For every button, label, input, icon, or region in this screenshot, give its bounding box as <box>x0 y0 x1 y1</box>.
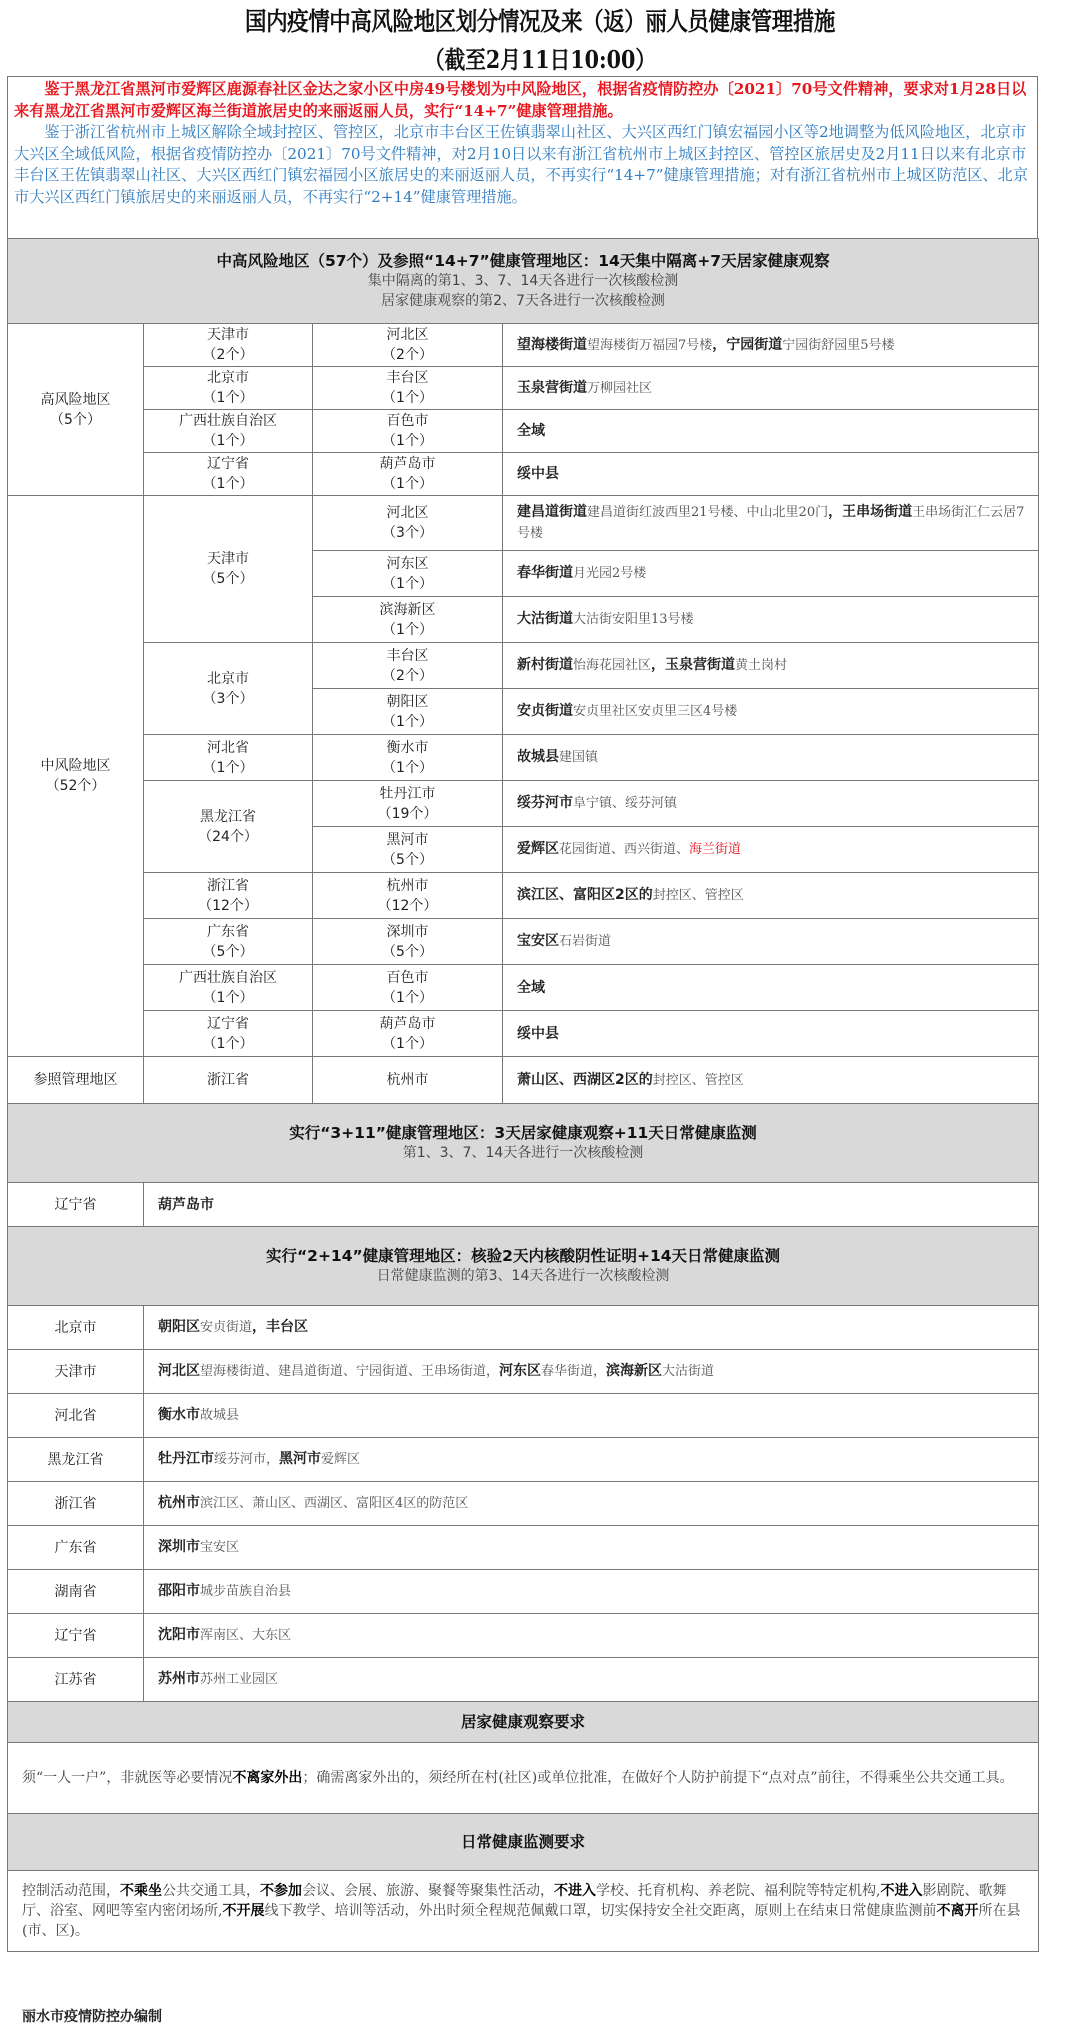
medium-risk-name: 中风险地区 <box>8 756 143 776</box>
table-cell: 邵阳市城步苗族自治县 <box>144 1570 1039 1614</box>
area-name: 春华街道 <box>517 565 573 581</box>
table-cell: 衡水市故城县 <box>144 1394 1039 1438</box>
province-count: （1个） <box>144 431 312 451</box>
area-name: 爱辉区 <box>517 841 559 857</box>
area-name: 萧山区、西湖区2区的 <box>517 1072 653 1088</box>
notice-paragraph-blue: 鉴于浙江省杭州市上城区解除全域封控区、管控区，北京市丰台区王佐镇翡翠山社区、大兴… <box>14 122 1031 208</box>
area-detail: 黄土岗村 <box>735 658 787 673</box>
area-detail: 建国镇 <box>559 750 598 765</box>
city-count: （12个） <box>313 896 502 916</box>
city-name: 衡水市 <box>313 738 502 758</box>
area-detail: 故城县 <box>200 1408 239 1423</box>
province-count: （1个） <box>144 1034 312 1054</box>
daily-monitoring-header: 日常健康监测要求 <box>8 1814 1039 1871</box>
city-name: 百色市 <box>313 968 502 988</box>
area-name: ，王串场街道 <box>828 504 912 520</box>
table-cell: 居家健康观察要求 <box>8 1702 1039 1743</box>
table-cell: 中高风险地区（57个）及参照“14+7”健康管理地区：14天集中隔离+7天居家健… <box>8 239 1039 324</box>
city-name: 河北区 <box>313 503 502 523</box>
area-name: 安贞街道 <box>517 703 573 719</box>
city-count: （1个） <box>313 431 502 451</box>
table-cell: 江苏省 <box>8 1658 144 1702</box>
area-detail: 城步苗族自治县 <box>200 1584 291 1599</box>
city-count: （5个） <box>313 850 502 870</box>
city-name: 葫芦岛市 <box>313 454 502 474</box>
city-name: 河北区 <box>313 325 502 345</box>
table-row: 河北省（1个）衡水市（1个）故城县建国镇 <box>8 735 1039 781</box>
province-count: （1个） <box>144 988 312 1008</box>
section-heading: 日常健康监测要求 <box>8 1832 1038 1852</box>
table-row: 天津市河北区望海楼街道、建昌道街道、宁园街道、王串场街道，河东区春华街道，滨海新… <box>8 1350 1039 1394</box>
table-cell: 辽宁省（1个） <box>144 1011 313 1057</box>
table-cell: 杭州市 <box>313 1057 503 1104</box>
area-name: 绥芬河市 <box>517 795 573 811</box>
area-name: 邵阳市 <box>158 1583 200 1599</box>
area-name: 衡水市 <box>158 1407 200 1423</box>
table-cell: 天津市（5个） <box>144 496 313 643</box>
table-cell: 宝安区石岩街道 <box>503 919 1039 965</box>
table-cell: 广东省 <box>8 1526 144 1570</box>
table-cell: 河北省（1个） <box>144 735 313 781</box>
table-cell: 河北省 <box>8 1394 144 1438</box>
area-name: 朝阳区 <box>158 1319 200 1335</box>
table-cell: 丰台区（1个） <box>313 367 503 410</box>
table-cell: 广西壮族自治区（1个） <box>144 410 313 453</box>
risk-area-table: 中高风险地区（57个）及参照“14+7”健康管理地区：14天集中隔离+7天居家健… <box>7 238 1039 1952</box>
emphasis-text: 不进入 <box>554 1883 596 1899</box>
section-heading: 实行“3+11”健康管理地区：3天居家健康观察+11天日常健康监测 <box>8 1123 1038 1143</box>
table-cell: 百色市（1个） <box>313 965 503 1011</box>
area-detail: 绥芬河市， <box>214 1452 279 1467</box>
table-row: 辽宁省葫芦岛市 <box>8 1183 1039 1227</box>
table-cell: 黑龙江省 <box>8 1438 144 1482</box>
area-detail: 阜宁镇、绥芬河镇 <box>573 796 677 811</box>
table-row: 北京市（3个）丰台区（2个）新村街道怡海花园社区，玉泉营街道黄土岗村 <box>8 643 1039 689</box>
province-name: 河北省 <box>144 738 312 758</box>
province-name: 河北省 <box>55 1408 97 1424</box>
table-row: 北京市（1个）丰台区（1个）玉泉营街道万柳园社区 <box>8 367 1039 410</box>
city-name: 杭州市 <box>313 876 502 896</box>
city-count: （1个） <box>313 474 502 494</box>
area-detail: 滨江区、萧山区、西湖区、富阳区4区的防范区 <box>200 1496 468 1511</box>
area-name: 河东区 <box>499 1363 541 1379</box>
emphasis-text: 不乘坐 <box>120 1883 162 1899</box>
area-detail: 安贞街道 <box>200 1320 252 1335</box>
table-cell: 春华街道月光园2号楼 <box>503 551 1039 597</box>
area-name: 全域 <box>517 980 545 996</box>
table-cell: 葫芦岛市（1个） <box>313 1011 503 1057</box>
area-detail: 爱辉区 <box>321 1452 360 1467</box>
area-name: 葫芦岛市 <box>158 1197 214 1213</box>
area-name: 沈阳市 <box>158 1627 200 1643</box>
section-2-14-header: 实行“2+14”健康管理地区：核验2天内核酸阴性证明+14天日常健康监测日常健康… <box>8 1227 1039 1306</box>
table-cell: 百色市（1个） <box>313 410 503 453</box>
table-row: 河北省衡水市故城县 <box>8 1394 1039 1438</box>
area-detail: 望海楼街道、建昌道街道、宁园街道、王串场街道， <box>200 1364 499 1379</box>
table-cell: 实行“2+14”健康管理地区：核验2天内核酸阴性证明+14天日常健康监测日常健康… <box>8 1227 1039 1306</box>
province-name: 广西壮族自治区 <box>144 968 312 988</box>
table-cell: 苏州市苏州工业园区 <box>144 1658 1039 1702</box>
table-row: 浙江省（12个）杭州市（12个）滨江区、富阳区2区的封控区、管控区 <box>8 873 1039 919</box>
table-cell: 沈阳市浑南区、大东区 <box>144 1614 1039 1658</box>
area-name: ，宁园街道 <box>712 337 782 353</box>
table-row: 广东省深圳市宝安区 <box>8 1526 1039 1570</box>
area-detail: 月光园2号楼 <box>573 566 646 581</box>
table-cell: 牡丹江市绥芬河市，黑河市爱辉区 <box>144 1438 1039 1482</box>
area-detail: 浑南区、大东区 <box>200 1628 291 1643</box>
table-cell: 辽宁省 <box>8 1614 144 1658</box>
table-cell: 浙江省（12个） <box>144 873 313 919</box>
province-name: 辽宁省 <box>144 1014 312 1034</box>
city-count: （1个） <box>313 1034 502 1054</box>
table-cell: 日常健康监测要求 <box>8 1814 1039 1871</box>
city-count: （1个） <box>313 758 502 778</box>
body-text: 须“一人一户”，非就医等必要情况 <box>22 1770 232 1786</box>
table-cell: 广西壮族自治区（1个） <box>144 965 313 1011</box>
area-detail: 春华街道， <box>541 1364 606 1379</box>
area-name: ，玉泉营街道 <box>651 657 735 673</box>
province-count: （3个） <box>144 689 312 709</box>
page-title: 国内疫情中高风险地区划分情况及来（返）丽人员健康管理措施 <box>76 2 1005 38</box>
body-text: 控制活动范围， <box>22 1883 120 1899</box>
emphasis-text: 不离家外出 <box>232 1770 302 1786</box>
province-name: 辽宁省 <box>55 1197 97 1213</box>
section-note: 集中隔离的第1、3、7、14天各进行一次核酸检测 <box>8 271 1038 291</box>
table-cell: 丰台区（2个） <box>313 643 503 689</box>
city-count: （3个） <box>313 523 502 543</box>
section-heading: 中高风险地区（57个）及参照“14+7”健康管理地区：14天集中隔离+7天居家健… <box>8 251 1038 271</box>
province-count: （5个） <box>144 942 312 962</box>
table-cell: 河东区（1个） <box>313 551 503 597</box>
table-row: 江苏省苏州市苏州工业园区 <box>8 1658 1039 1702</box>
area-name: 苏州市 <box>158 1671 200 1687</box>
city-name: 朝阳区 <box>313 692 502 712</box>
body-text: 公共交通工具， <box>162 1883 260 1899</box>
province-name: 湖南省 <box>55 1584 97 1600</box>
area-name: 全域 <box>517 423 545 439</box>
table-cell: 湖南省 <box>8 1570 144 1614</box>
table-cell: 爱辉区花园街道、西兴街道、海兰街道 <box>503 827 1039 873</box>
table-cell: 北京市（3个） <box>144 643 313 735</box>
table-cell: 浙江省 <box>8 1482 144 1526</box>
table-cell: 辽宁省 <box>8 1183 144 1227</box>
table-cell: 衡水市（1个） <box>313 735 503 781</box>
area-name: 河北区 <box>158 1363 200 1379</box>
notice-box: 鉴于黑龙江省黑河市爱辉区鹿源春社区金达之家小区中房49号楼划为中风险地区，根据省… <box>7 76 1038 239</box>
table-cell: 河北区（2个） <box>313 324 503 367</box>
city-count: （19个） <box>313 804 502 824</box>
city-count: （5个） <box>313 942 502 962</box>
emphasis-text: 不进入 <box>880 1883 922 1899</box>
city-count: （1个） <box>313 712 502 732</box>
area-name: 故城县 <box>517 749 559 765</box>
medium-risk-count: （52个） <box>8 776 143 796</box>
area-name: 玉泉营街道 <box>517 380 587 396</box>
city-name: 黑河市 <box>313 830 502 850</box>
province-name: 天津市 <box>144 549 312 569</box>
province-name: 北京市 <box>144 368 312 388</box>
province-name: 黑龙江省 <box>144 807 312 827</box>
area-detail: 宝安区 <box>200 1540 239 1555</box>
high-risk-name: 高风险地区 <box>8 390 143 410</box>
table-cell: 绥中县 <box>503 453 1039 496</box>
high-risk-label-cell: 高风险地区（5个） <box>8 324 144 496</box>
daily-monitoring-text: 控制活动范围，不乘坐公共交通工具，不参加会议、会展、旅游、聚餐等聚集性活动，不进… <box>8 1871 1039 1952</box>
city-name: 丰台区 <box>313 646 502 666</box>
province-count: （5个） <box>144 569 312 589</box>
table-cell: 控制活动范围，不乘坐公共交通工具，不参加会议、会展、旅游、聚餐等聚集性活动，不进… <box>8 1871 1039 1952</box>
body-text: 学校、托育机构、养老院、福利院等特定机构, <box>596 1883 880 1899</box>
table-cell: 黑河市（5个） <box>313 827 503 873</box>
province-name: 广东省 <box>144 922 312 942</box>
table-row: 辽宁省（1个）葫芦岛市（1个）绥中县 <box>8 1011 1039 1057</box>
province-count: （1个） <box>144 388 312 408</box>
table-row: 黑龙江省牡丹江市绥芬河市，黑河市爱辉区 <box>8 1438 1039 1482</box>
medium-risk-label-cell: 中风险地区（52个） <box>8 496 144 1057</box>
table-cell: 葫芦岛市（1个） <box>313 453 503 496</box>
area-detail: 建昌道街红波西里21号楼、中山北里20门 <box>587 505 828 520</box>
section-heading: 居家健康观察要求 <box>8 1712 1038 1732</box>
table-row: 广东省（5个）深圳市（5个）宝安区石岩街道 <box>8 919 1039 965</box>
table-cell: 萧山区、西湖区2区的封控区、管控区 <box>503 1057 1039 1104</box>
table-cell: 大沽街道大沽街安阳里13号楼 <box>503 597 1039 643</box>
province-name: 广西壮族自治区 <box>144 411 312 431</box>
area-detail: 安贞里社区安贞里三区4号楼 <box>573 704 737 719</box>
city-name: 河东区 <box>313 554 502 574</box>
notice-paragraph-red: 鉴于黑龙江省黑河市爱辉区鹿源春社区金达之家小区中房49号楼划为中风险地区，根据省… <box>14 79 1031 122</box>
table-cell: 浙江省 <box>144 1057 313 1104</box>
area-detail: 万柳园社区 <box>587 381 652 396</box>
table-cell: 朝阳区安贞街道，丰台区 <box>144 1306 1039 1350</box>
table-cell: 天津市（2个） <box>144 324 313 367</box>
table-cell: 须“一人一户”，非就医等必要情况不离家外出；确需离家外出的，须经所在村(社区)或… <box>8 1743 1039 1814</box>
area-name: 滨江区、富阳区2区的 <box>517 887 653 903</box>
area-detail: 苏州工业园区 <box>200 1672 278 1687</box>
table-cell: 实行“3+11”健康管理地区：3天居家健康观察+11天日常健康监测第1、3、7、… <box>8 1104 1039 1183</box>
city-name: 杭州市 <box>387 1072 429 1088</box>
province-name: 浙江省 <box>144 876 312 896</box>
city-name: 滨海新区 <box>313 600 502 620</box>
table-cell: 葫芦岛市 <box>144 1183 1039 1227</box>
table-cell: 杭州市（12个） <box>313 873 503 919</box>
province-name: 黑龙江省 <box>48 1452 104 1468</box>
table-cell: 绥中县 <box>503 1011 1039 1057</box>
home-observation-header: 居家健康观察要求 <box>8 1702 1039 1743</box>
table-cell: 朝阳区（1个） <box>313 689 503 735</box>
table-row: 广西壮族自治区（1个）百色市（1个）全域 <box>8 410 1039 453</box>
home-observation-text: 须“一人一户”，非就医等必要情况不离家外出；确需离家外出的，须经所在村(社区)或… <box>8 1743 1039 1814</box>
city-count: （1个） <box>313 388 502 408</box>
area-name: 大沽街道 <box>517 611 573 627</box>
table-cell: 广东省（5个） <box>144 919 313 965</box>
section-note: 第1、3、7、14天各进行一次核酸检测 <box>8 1143 1038 1163</box>
page-subtitle: （截至2月11日10:00） <box>76 40 1005 75</box>
table-cell: 绥芬河市阜宁镇、绥芬河镇 <box>503 781 1039 827</box>
area-detail: 大沽街安阳里13号楼 <box>573 612 694 627</box>
city-count: （1个） <box>313 620 502 640</box>
area-name: 绥中县 <box>517 1026 559 1042</box>
table-cell: 安贞街道安贞里社区安贞里三区4号楼 <box>503 689 1039 735</box>
city-name: 深圳市 <box>313 922 502 942</box>
table-cell: 新村街道怡海花园社区，玉泉营街道黄土岗村 <box>503 643 1039 689</box>
table-cell: 滨海新区（1个） <box>313 597 503 643</box>
area-name: ，丰台区 <box>252 1319 308 1335</box>
table-row: 辽宁省沈阳市浑南区、大东区 <box>8 1614 1039 1658</box>
province-name: 辽宁省 <box>55 1628 97 1644</box>
body-text: 线下教学、培训等活动，外出时须全程规范佩戴口罩，切实保持安全社交距离，原则上在结… <box>264 1903 936 1919</box>
province-count: （1个） <box>144 474 312 494</box>
province-name: 广东省 <box>55 1540 97 1556</box>
province-name: 浙江省 <box>207 1072 249 1088</box>
highlighted-area: 海兰街道 <box>689 842 741 857</box>
city-name: 丰台区 <box>313 368 502 388</box>
table-cell: 辽宁省（1个） <box>144 453 313 496</box>
area-name: 新村街道 <box>517 657 573 673</box>
table-cell: 深圳市宝安区 <box>144 1526 1039 1570</box>
province-name: 天津市 <box>144 325 312 345</box>
province-name: 天津市 <box>55 1364 97 1380</box>
body-text: ；确需离家外出的，须经所在村(社区)或单位批准，在做好个人防护前提下“点对点”前… <box>302 1770 1013 1786</box>
province-count: （1个） <box>144 758 312 778</box>
table-cell: 建昌道街道建昌道街红波西里21号楼、中山北里20门，王串场街道王串场街汇仁云居7… <box>503 496 1039 551</box>
table-cell: 天津市 <box>8 1350 144 1394</box>
table-cell: 杭州市滨江区、萧山区、西湖区、富阳区4区的防范区 <box>144 1482 1039 1526</box>
area-detail: 封控区、管控区 <box>653 1073 744 1088</box>
table-cell: 河北区（3个） <box>313 496 503 551</box>
city-name: 百色市 <box>313 411 502 431</box>
area-name: 宝安区 <box>517 933 559 949</box>
emphasis-text: 不离开 <box>936 1903 978 1919</box>
table-cell: 全域 <box>503 410 1039 453</box>
city-count: （2个） <box>313 345 502 365</box>
high-risk-count: （5个） <box>8 410 143 430</box>
table-row: 高风险地区（5个）天津市（2个）河北区（2个）望海楼街道望海楼街万福园7号楼，宁… <box>8 324 1039 367</box>
table-cell: 牡丹江市（19个） <box>313 781 503 827</box>
section-3-11-header: 实行“3+11”健康管理地区：3天居家健康观察+11天日常健康监测第1、3、7、… <box>8 1104 1039 1183</box>
area-detail: 封控区、管控区 <box>653 888 744 903</box>
table-cell: 北京市 <box>8 1306 144 1350</box>
province-count: （24个） <box>144 827 312 847</box>
table-cell: 河北区望海楼街道、建昌道街道、宁园街道、王串场街道，河东区春华街道，滨海新区大沽… <box>144 1350 1039 1394</box>
area-detail: 大沽街道 <box>662 1364 714 1379</box>
table-cell: 全域 <box>503 965 1039 1011</box>
area-name: 牡丹江市 <box>158 1451 214 1467</box>
reference-label: 参照管理地区 <box>34 1072 118 1088</box>
section-14-7-header: 中高风险地区（57个）及参照“14+7”健康管理地区：14天集中隔离+7天居家健… <box>8 239 1039 324</box>
table-row: 广西壮族自治区（1个）百色市（1个）全域 <box>8 965 1039 1011</box>
section-heading: 实行“2+14”健康管理地区：核验2天内核酸阴性证明+14天日常健康监测 <box>8 1246 1038 1266</box>
area-name: 滨海新区 <box>606 1363 662 1379</box>
province-name: 北京市 <box>144 669 312 689</box>
province-name: 辽宁省 <box>144 454 312 474</box>
area-name: 黑河市 <box>279 1451 321 1467</box>
section-note: 日常健康监测的第3、14天各进行一次核酸检测 <box>8 1266 1038 1286</box>
table-row: 辽宁省（1个）葫芦岛市（1个）绥中县 <box>8 453 1039 496</box>
table-cell: 玉泉营街道万柳园社区 <box>503 367 1039 410</box>
table-cell: 北京市（1个） <box>144 367 313 410</box>
province-count: （12个） <box>144 896 312 916</box>
footer-compiled-by: 丽水市疫情防控办编制 <box>22 2006 162 2026</box>
area-detail: 花园街道、西兴街道、 <box>559 842 689 857</box>
city-name: 葫芦岛市 <box>313 1014 502 1034</box>
city-count: （1个） <box>313 574 502 594</box>
area-name: 深圳市 <box>158 1539 200 1555</box>
city-name: 牡丹江市 <box>313 784 502 804</box>
area-detail: 望海楼街万福园7号楼 <box>587 338 712 353</box>
province-count: （2个） <box>144 345 312 365</box>
reference-row: 参照管理地区浙江省杭州市萧山区、西湖区2区的封控区、管控区 <box>8 1057 1039 1104</box>
table-row: 北京市朝阳区安贞街道，丰台区 <box>8 1306 1039 1350</box>
province-name: 江苏省 <box>55 1672 97 1688</box>
table-row: 黑龙江省（24个）牡丹江市（19个）绥芬河市阜宁镇、绥芬河镇 <box>8 781 1039 827</box>
province-name: 北京市 <box>55 1320 97 1336</box>
area-name: 望海楼街道 <box>517 337 587 353</box>
table-cell: 参照管理地区 <box>8 1057 144 1104</box>
area-name: 绥中县 <box>517 466 559 482</box>
section-note: 居家健康观察的第2、7天各进行一次核酸检测 <box>8 291 1038 311</box>
emphasis-text: 不开展 <box>222 1903 264 1919</box>
city-count: （2个） <box>313 666 502 686</box>
province-name: 浙江省 <box>55 1496 97 1512</box>
table-row: 中风险地区（52个）天津市（5个）河北区（3个）建昌道街道建昌道街红波西里21号… <box>8 496 1039 551</box>
table-cell: 黑龙江省（24个） <box>144 781 313 873</box>
body-text: 会议、会展、旅游、聚餐等聚集性活动， <box>302 1883 554 1899</box>
table-cell: 滨江区、富阳区2区的封控区、管控区 <box>503 873 1039 919</box>
city-count: （1个） <box>313 988 502 1008</box>
emphasis-text: 不参加 <box>260 1883 302 1899</box>
table-row: 湖南省邵阳市城步苗族自治县 <box>8 1570 1039 1614</box>
area-name: 建昌道街道 <box>517 504 587 520</box>
area-detail: 怡海花园社区 <box>573 658 651 673</box>
table-cell: 故城县建国镇 <box>503 735 1039 781</box>
area-name: 杭州市 <box>158 1495 200 1511</box>
area-detail: 宁园街舒园里5号楼 <box>782 338 894 353</box>
area-detail: 石岩街道 <box>559 934 611 949</box>
table-row: 浙江省杭州市滨江区、萧山区、西湖区、富阳区4区的防范区 <box>8 1482 1039 1526</box>
table-cell: 深圳市（5个） <box>313 919 503 965</box>
table-cell: 望海楼街道望海楼街万福园7号楼，宁园街道宁园街舒园里5号楼 <box>503 324 1039 367</box>
